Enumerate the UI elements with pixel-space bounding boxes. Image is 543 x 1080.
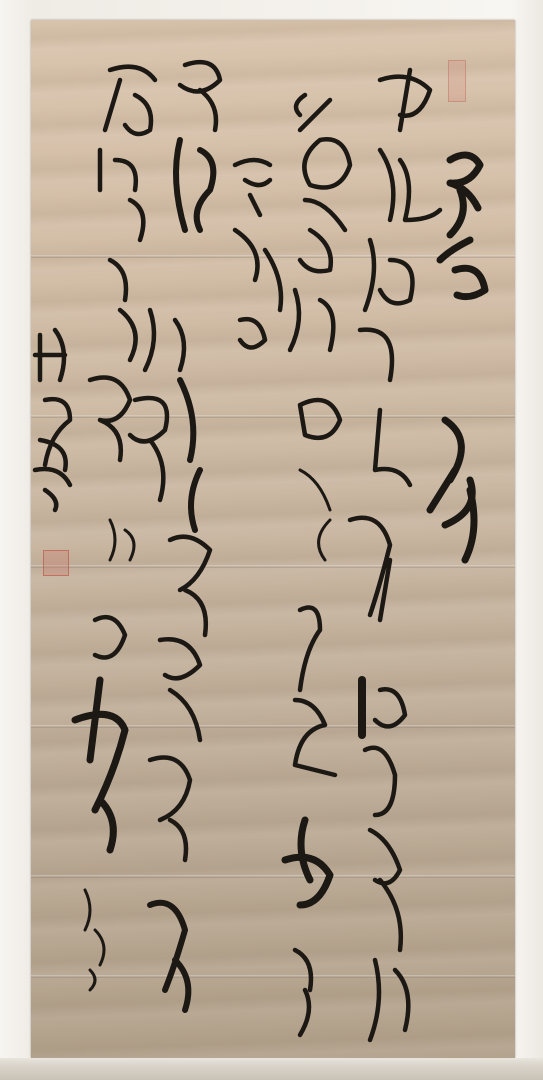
calligraphy-column-7	[0, 0, 543, 1080]
scroll-bottom-roller	[0, 1058, 543, 1080]
